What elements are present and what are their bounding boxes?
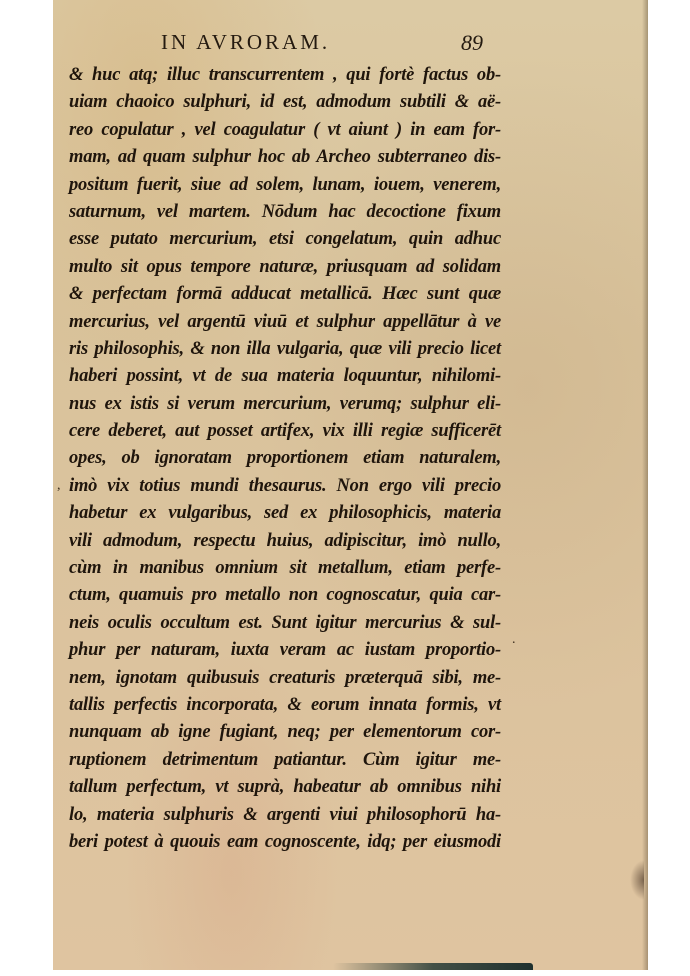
- text-line: & huc atq; illuc transcurrentem , qui fo…: [69, 62, 501, 89]
- page-bottom-stain: [333, 963, 533, 970]
- page-number: 89: [461, 30, 483, 56]
- text-line: tallum perfectum, vt suprà, habeatur ab …: [69, 774, 501, 801]
- body-text: & huc atq; illuc transcurrentem , qui fo…: [69, 62, 501, 856]
- text-line: ctum, quamuis pro metallo non cognoscatu…: [69, 582, 501, 609]
- margin-mark: ,: [57, 478, 61, 494]
- text-line: vili admodum, respectu huius, adipiscitu…: [69, 528, 501, 555]
- text-line: esse putato mercurium, etsi congelatum, …: [69, 226, 501, 253]
- text-line: mercurius, vel argentū viuū et sulphur a…: [69, 309, 501, 336]
- text-line: & perfectam formā adducat metallicā. Hæc…: [69, 281, 501, 308]
- text-line: tallis perfectis incorporata, & eorum in…: [69, 692, 501, 719]
- text-line: opes, ob ignoratam proportionem etiam na…: [69, 445, 501, 472]
- text-line: ruptionem detrimentum patiantur. Cùm igi…: [69, 747, 501, 774]
- text-line: nem, ignotam quibusuis creaturis præterq…: [69, 665, 501, 692]
- text-line: reo copulatur , vel coagulatur ( vt aiun…: [69, 117, 501, 144]
- text-line: nunquam ab igne fugiant, neq; per elemen…: [69, 719, 501, 746]
- text-line: saturnum, vel martem. Nōdum hac decoctio…: [69, 199, 501, 226]
- text-line: mam, ad quam sulphur hoc ab Archeo subte…: [69, 144, 501, 171]
- page-edge-shadow: [642, 0, 648, 970]
- text-line: habetur ex vulgaribus, sed ex philosophi…: [69, 500, 501, 527]
- text-line: lo, materia sulphuris & argenti viui phi…: [69, 802, 501, 829]
- text-line: multo sit opus tempore naturæ, priusquam…: [69, 254, 501, 281]
- text-line: haberi possint, vt de sua materia loquun…: [69, 363, 501, 390]
- running-head: IN AVRORAM. 89: [53, 30, 648, 60]
- text-line: phur per naturam, iuxta veram ac iustam …: [69, 637, 501, 664]
- running-title: IN AVRORAM.: [161, 30, 330, 55]
- page-stain: [630, 860, 644, 900]
- book-page: IN AVRORAM. 89 & huc atq; illuc transcur…: [53, 0, 648, 970]
- text-line: ris philosophis, & non illa vulgaria, qu…: [69, 336, 501, 363]
- text-line: nus ex istis si verum mercurium, verumq;…: [69, 391, 501, 418]
- text-line: neis oculis occultum est. Sunt igitur me…: [69, 610, 501, 637]
- text-line: uiam chaoico sulphuri, id est, admodum s…: [69, 89, 501, 116]
- text-line: cere deberet, aut posset artifex, vix il…: [69, 418, 501, 445]
- text-line: positum fuerit, siue ad solem, lunam, io…: [69, 172, 501, 199]
- text-line: beri potest à quouis eam cognoscente, id…: [69, 829, 501, 856]
- text-line: imò vix totius mundi thesaurus. Non ergo…: [69, 473, 501, 500]
- text-line: cùm in manibus omnium sit metallum, etia…: [69, 555, 501, 582]
- margin-mark: .: [512, 632, 516, 648]
